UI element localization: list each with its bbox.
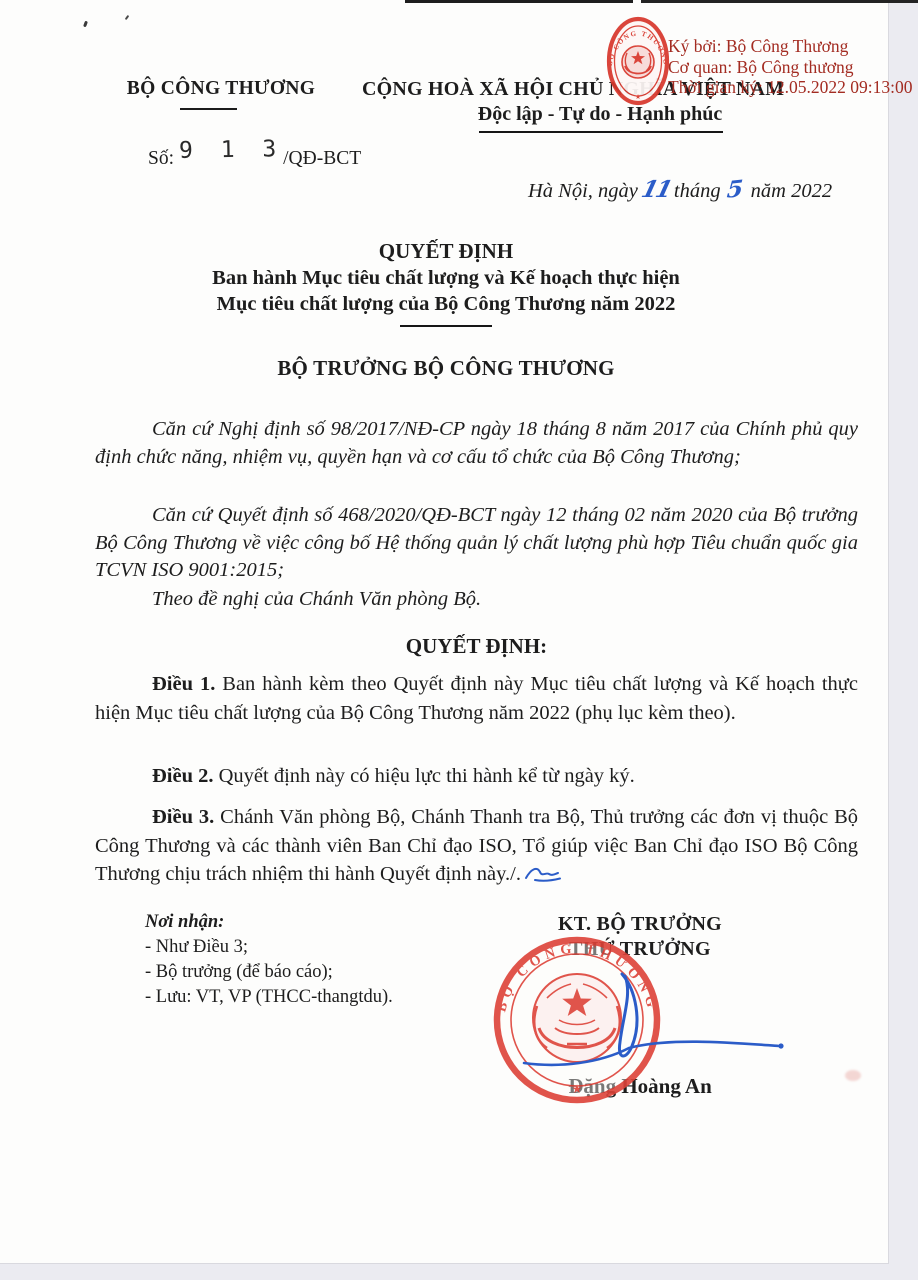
date-prefix: Hà Nội, ngày bbox=[528, 180, 638, 202]
title-line2: Ban hành Mục tiêu chất lượng và Kế hoạch… bbox=[90, 265, 802, 291]
esign-agency: Cơ quan: Bộ Công thương bbox=[668, 57, 918, 78]
place-and-date: Hà Nội, ngày11tháng5năm 2022 bbox=[528, 176, 832, 203]
article-1-label: Điều 1. bbox=[152, 673, 215, 695]
recipient-item: - Như Điều 3; bbox=[145, 935, 393, 960]
title-line3: Mục tiêu chất lượng của Bộ Công Thương n… bbox=[90, 291, 802, 317]
article-2-text: Quyết định này có hiệu lực thi hành kể t… bbox=[219, 765, 635, 787]
issuer-title: BỘ TRƯỞNG BỘ CÔNG THƯƠNG bbox=[90, 356, 802, 381]
document-viewer: { "esign_overlay": { "signed_by": "Ký bở… bbox=[0, 0, 918, 1280]
preamble-paragraph: Căn cứ Quyết định số 468/2020/QĐ-BCT ngà… bbox=[95, 502, 858, 585]
article-2-label: Điều 2. bbox=[152, 765, 214, 787]
ink-speck bbox=[83, 21, 88, 28]
preamble-paragraph: Theo đề nghị của Chánh Văn phòng Bộ. bbox=[95, 586, 858, 614]
handwritten-month: 5 bbox=[726, 175, 744, 204]
seal-star: ★ bbox=[635, 93, 641, 101]
document-number: Số: 9 1 3/QĐ-BCT bbox=[148, 144, 361, 170]
esign-signed-by: Ký bởi: Bộ Công Thương bbox=[668, 36, 918, 57]
esign-info: Ký bởi: Bộ Công Thương Cơ quan: Bộ Công … bbox=[668, 36, 918, 98]
ink-speck bbox=[125, 15, 130, 20]
date-suffix: năm 2022 bbox=[751, 180, 832, 202]
doc-number-stamped-digits: 9 1 3 bbox=[179, 136, 284, 164]
handwritten-signature bbox=[500, 950, 800, 1075]
article-3-label: Điều 3. bbox=[152, 806, 214, 828]
date-mid: tháng bbox=[674, 180, 721, 202]
esign-time: Thời gian ký: 12.05.2022 09:13:00 bbox=[668, 77, 918, 98]
recipients-label: Nơi nhận: bbox=[145, 910, 393, 935]
doc-number-suffix: /QĐ-BCT bbox=[283, 148, 361, 169]
motto-underline bbox=[479, 131, 723, 133]
esign-seal: BỘ CÔNG THƯƠNG ★ bbox=[603, 15, 673, 107]
preamble-paragraph: Căn cứ Nghị định số 98/2017/NĐ-CP ngày 1… bbox=[95, 416, 858, 471]
scan-artifact-line bbox=[405, 0, 633, 3]
ministry-underline bbox=[180, 108, 237, 110]
seal-smudge bbox=[845, 1070, 861, 1081]
recipients-block: Nơi nhận: - Như Điều 3; - Bộ trưởng (để … bbox=[145, 910, 393, 1010]
scan-artifact-line bbox=[641, 0, 918, 3]
ministry-name: BỘ CÔNG THƯƠNG bbox=[118, 78, 324, 100]
document-page: BỘ CÔNG THƯƠNG CỘNG HOÀ XÃ HỘI CHỦ NGHĨA… bbox=[0, 0, 889, 1264]
title-underline bbox=[400, 325, 492, 327]
article-1: Điều 1. Ban hành kèm theo Quyết định này… bbox=[95, 670, 858, 727]
recipient-item: - Lưu: VT, VP (THCC-thangtdu). bbox=[145, 985, 393, 1010]
document-title: QUYẾT ĐỊNH Ban hành Mục tiêu chất lượng … bbox=[90, 238, 802, 327]
article-2: Điều 2. Quyết định này có hiệu lực thi h… bbox=[95, 762, 858, 791]
doc-number-label: Số: bbox=[148, 148, 174, 169]
seal-star: ★ bbox=[572, 1082, 583, 1096]
handwritten-day: 11 bbox=[639, 176, 674, 203]
national-motto: Độc lập - Tự do - Hạnh phúc bbox=[390, 103, 810, 126]
decision-heading: QUYẾT ĐỊNH: bbox=[95, 634, 858, 659]
recipient-item: - Bộ trưởng (để báo cáo); bbox=[145, 960, 393, 985]
pen-initials bbox=[523, 865, 563, 883]
title-line1: QUYẾT ĐỊNH bbox=[90, 238, 802, 265]
article-3: Điều 3. Chánh Văn phòng Bộ, Chánh Thanh … bbox=[95, 803, 858, 889]
